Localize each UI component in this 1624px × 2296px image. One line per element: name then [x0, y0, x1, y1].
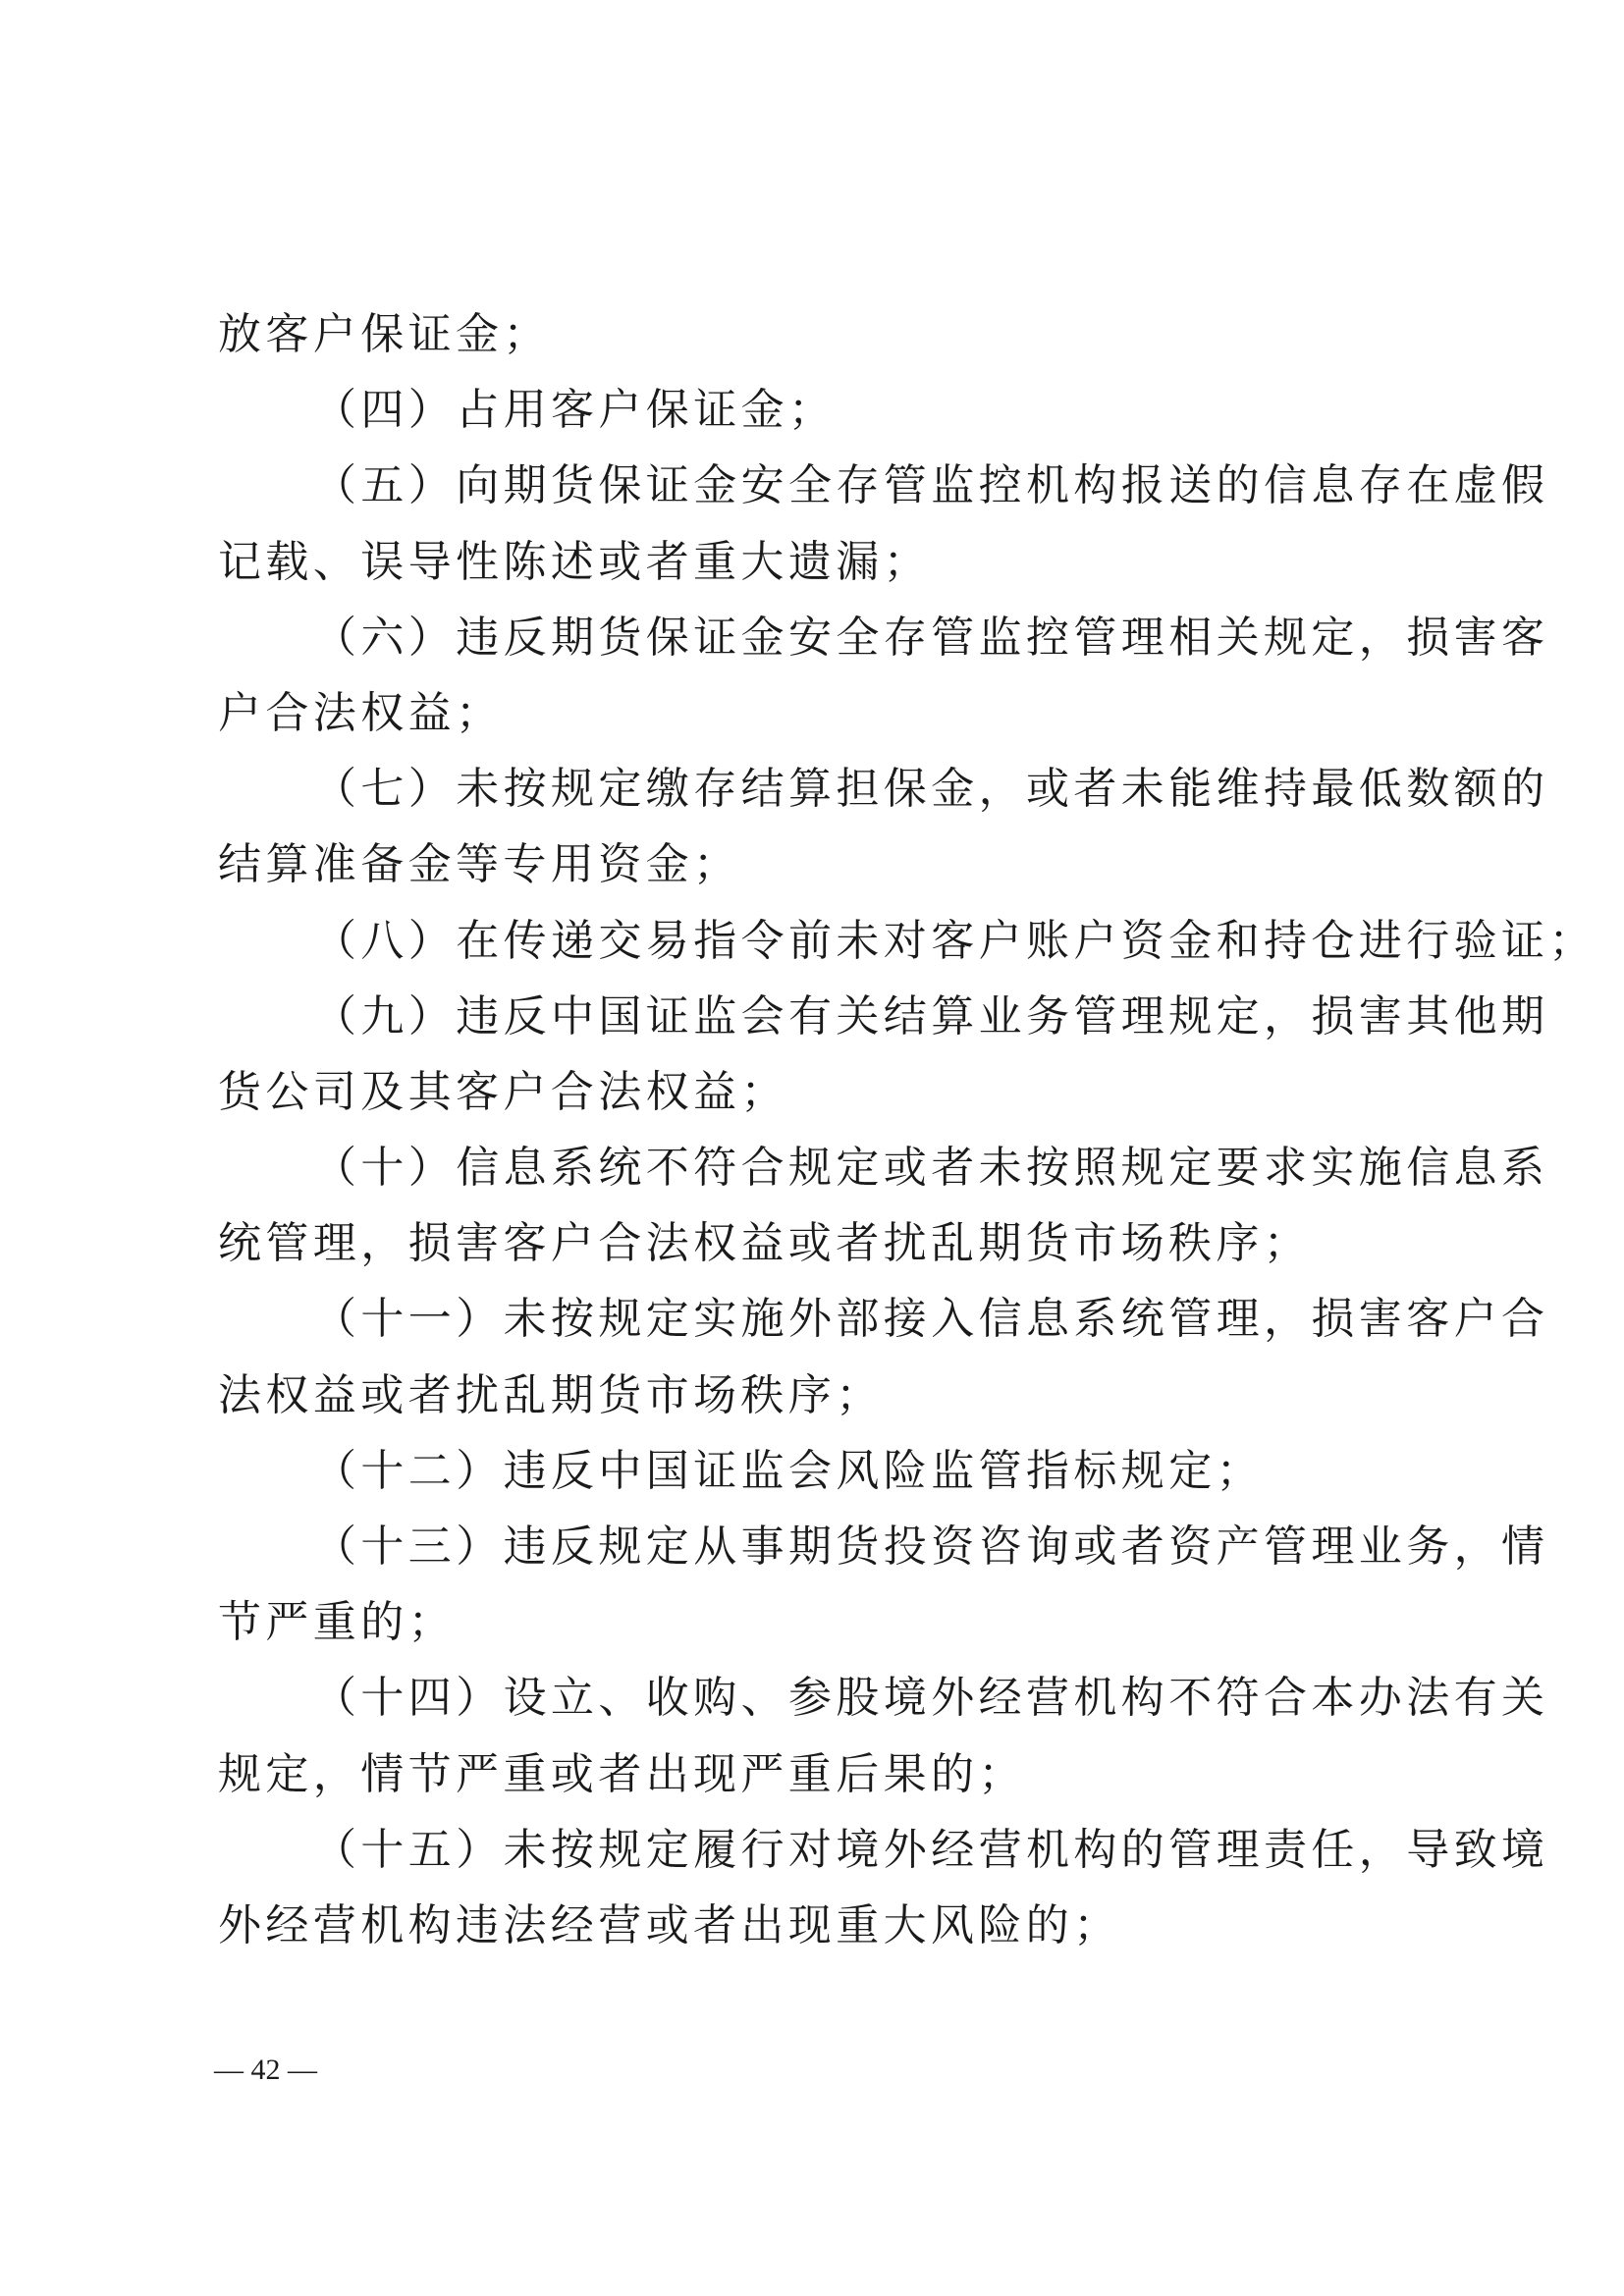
list-item-4: （四）占用客户保证金； — [218, 372, 1408, 448]
list-item-14: （十四）设立、收购、参股境外经营机构不符合本办法有关 — [218, 1660, 1408, 1735]
text-line: 户合法权益； — [218, 675, 1408, 751]
text-line: 放客户保证金； — [218, 296, 1408, 372]
text-line: 记载、误导性陈述或者重大遗漏； — [218, 524, 1408, 600]
list-item-11: （十一）未按规定实施外部接入信息系统管理，损害客户合 — [218, 1281, 1408, 1357]
list-item-9: （九）违反中国证监会有关结算业务管理规定，损害其他期 — [218, 979, 1408, 1054]
list-item-6: （六）违反期货保证金安全存管监控管理相关规定，损害客 — [218, 600, 1408, 675]
page-number: — 42 — — [214, 2054, 317, 2087]
text-line: 法权益或者扰乱期货市场秩序； — [218, 1358, 1408, 1433]
list-item-12: （十二）违反中国证监会风险监管指标规定； — [218, 1433, 1408, 1509]
text-line: 统管理，损害客户合法权益或者扰乱期货市场秩序； — [218, 1205, 1408, 1281]
list-item-5: （五）向期货保证金安全存管监控机构报送的信息存在虚假 — [218, 448, 1408, 523]
list-item-10: （十）信息系统不符合规定或者未按照规定要求实施信息系 — [218, 1130, 1408, 1205]
text-line: 规定，情节严重或者出现严重后果的； — [218, 1736, 1408, 1812]
text-line: 外经营机构违法经营或者出现重大风险的； — [218, 1888, 1408, 1963]
text-line: 货公司及其客户合法权益； — [218, 1054, 1408, 1130]
text-line: 节严重的； — [218, 1584, 1408, 1660]
text-line: 结算准备金等专用资金； — [218, 827, 1408, 902]
list-item-8: （八）在传递交易指令前未对客户账户资金和持仓进行验证； — [218, 903, 1408, 979]
document-body: 放客户保证金； （四）占用客户保证金； （五）向期货保证金安全存管监控机构报送的… — [218, 296, 1408, 1963]
list-item-7: （七）未按规定缴存结算担保金，或者未能维持最低数额的 — [218, 751, 1408, 827]
list-item-15: （十五）未按规定履行对境外经营机构的管理责任，导致境 — [218, 1812, 1408, 1888]
list-item-13: （十三）违反规定从事期货投资咨询或者资产管理业务，情 — [218, 1509, 1408, 1584]
